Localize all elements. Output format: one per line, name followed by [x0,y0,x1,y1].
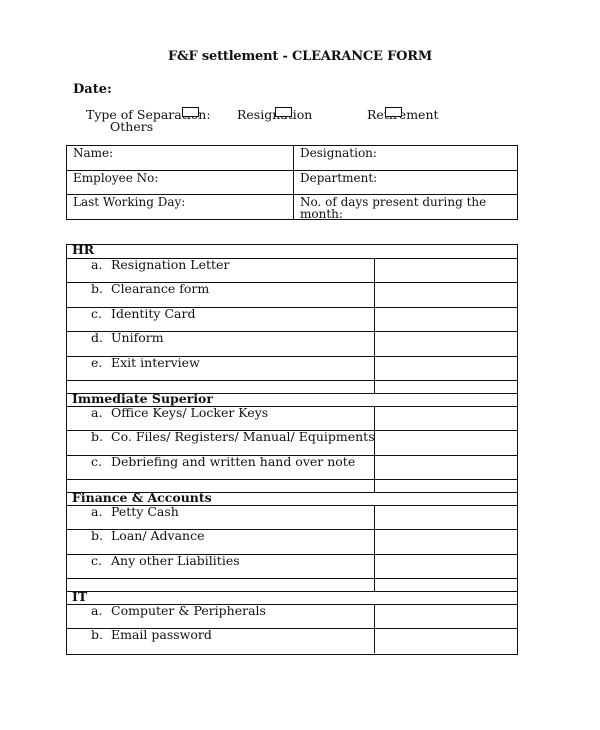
column-divider [374,381,375,393]
checklist-item: b.Loan/ Advance [91,529,205,542]
info-row: Employee No: Department: [67,170,517,195]
employee-no-field[interactable]: Employee No: [67,172,158,184]
item-label: Resignation Letter [111,257,229,272]
clearance-checklist-table: HRa.Resignation Letterb.Clearance formc.… [66,244,518,655]
signoff-cell[interactable] [376,456,517,480]
checklist-item: a.Petty Cash [91,505,179,518]
item-marker: c. [91,455,111,468]
checklist-item-row: b.Clearance form [67,282,517,307]
item-label: Uniform [111,330,164,345]
checklist-item: c.Debriefing and written hand over note [91,455,355,468]
checklist-item-row: b.Email password [67,628,517,653]
checklist-item-row: a.Computer & Peripherals [67,604,517,629]
checklist-item-row: c.Debriefing and written hand over note [67,455,517,480]
item-marker: d. [91,331,111,344]
checklist-item-row: e.Exit interview [67,356,517,381]
column-divider [374,506,375,530]
checklist-item: c.Any other Liabilities [91,554,240,567]
signoff-cell[interactable] [376,530,517,554]
item-marker: b. [91,529,111,542]
signoff-cell[interactable] [376,431,517,455]
column-divider [293,146,294,219]
item-marker: a. [91,258,111,271]
item-label: Email password [111,627,212,642]
checklist-item-row: b.Co. Files/ Registers/ Manual/ Equipmen… [67,430,517,455]
last-working-day-field[interactable]: Last Working Day: [67,196,185,208]
item-label: Identity Card [111,306,195,321]
signoff-cell[interactable] [376,407,517,431]
section-title: Finance & Accounts [72,492,212,504]
signoff-cell[interactable] [376,308,517,332]
item-marker: b. [91,628,111,641]
checklist-item: e.Exit interview [91,356,200,369]
column-divider [374,530,375,554]
item-label: Exit interview [111,355,200,370]
option-others-label: Others [110,119,153,134]
checklist-item-row: c.Identity Card [67,307,517,332]
item-marker: b. [91,430,111,443]
column-divider [374,357,375,381]
column-divider [374,579,375,591]
checklist-item-row: a.Resignation Letter [67,258,517,283]
checklist-item-row: b.Loan/ Advance [67,529,517,554]
column-divider [374,431,375,455]
checklist-item: a.Office Keys/ Locker Keys [91,406,268,419]
days-present-label-line2: month: [300,208,486,220]
column-divider [374,555,375,579]
item-marker: a. [91,406,111,419]
date-label: Date: [73,82,112,97]
item-label: Co. Files/ Registers/ Manual/ Equipments [111,429,375,444]
checklist-item: b.Co. Files/ Registers/ Manual/ Equipmen… [91,430,375,443]
info-row: Name: Designation: [67,146,517,171]
checklist-item-row: d.Uniform [67,331,517,356]
column-divider [374,605,375,629]
signoff-cell[interactable] [376,629,517,653]
item-marker: a. [91,505,111,518]
checkbox-retirement[interactable] [385,107,402,117]
signoff-cell[interactable] [376,332,517,356]
column-divider [374,308,375,332]
column-divider [374,480,375,492]
column-divider [374,259,375,283]
section-title: IT [72,591,87,603]
signoff-cell[interactable] [376,283,517,307]
item-marker: c. [91,307,111,320]
item-label: Loan/ Advance [111,528,205,543]
item-marker: a. [91,604,111,617]
department-field[interactable]: Department: [294,172,377,184]
checklist-item: b.Email password [91,628,212,641]
blank-row [67,578,517,591]
signoff-cell[interactable] [376,605,517,629]
item-marker: e. [91,356,111,369]
column-divider [374,332,375,356]
signoff-cell[interactable] [376,506,517,530]
column-divider [374,456,375,480]
checklist-item-row: a.Office Keys/ Locker Keys [67,406,517,431]
info-row: Last Working Day: No. of days present du… [67,194,517,220]
signoff-cell[interactable] [376,555,517,579]
column-divider [374,283,375,307]
item-marker: c. [91,554,111,567]
form-title: F&F settlement - CLEARANCE FORM [0,49,600,64]
checkbox-separation[interactable] [182,107,199,117]
item-label: Computer & Peripherals [111,603,266,618]
item-marker: b. [91,282,111,295]
checklist-item: a.Resignation Letter [91,258,229,271]
employee-info-table: Name: Designation: Employee No: Departme… [66,145,518,220]
checkbox-resignation[interactable] [275,107,292,117]
checklist-item: c.Identity Card [91,307,195,320]
designation-field[interactable]: Designation: [294,147,377,159]
item-label: Petty Cash [111,504,179,519]
item-label: Any other Liabilities [111,553,240,568]
days-present-field[interactable]: No. of days present during the month: [294,196,486,220]
checklist-item-row: a.Petty Cash [67,505,517,530]
section-title: HR [72,244,94,256]
option-retirement-label: Retirement [367,107,439,122]
item-label: Debriefing and written hand over note [111,454,355,469]
item-label: Office Keys/ Locker Keys [111,405,268,420]
name-field[interactable]: Name: [67,147,113,159]
section-title: Immediate Superior [72,393,213,405]
checklist-item-row: c.Any other Liabilities [67,554,517,579]
column-divider [374,629,375,653]
checklist-item: b.Clearance form [91,282,209,295]
column-divider [374,407,375,431]
signoff-cell[interactable] [376,357,517,381]
signoff-cell[interactable] [376,259,517,283]
checklist-item: a.Computer & Peripherals [91,604,266,617]
checklist-item: d.Uniform [91,331,164,344]
item-label: Clearance form [111,281,209,296]
